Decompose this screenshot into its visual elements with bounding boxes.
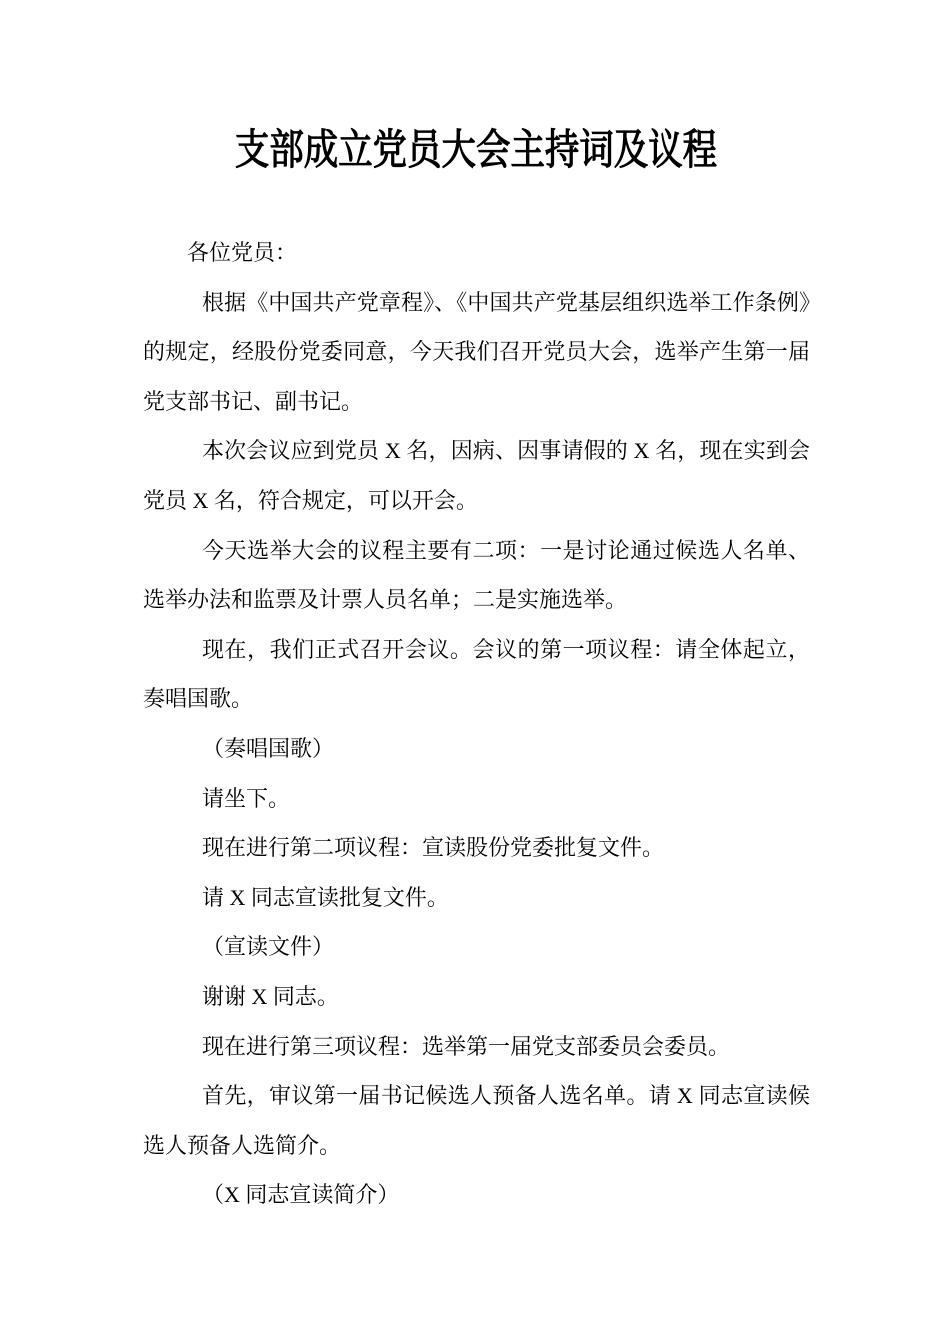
body-paragraph-agenda-item-3: 现在进行第三项议程：选举第一届党支部委员会委员。 bbox=[143, 1022, 810, 1072]
stage-direction-anthem: （奏唱国歌） bbox=[143, 724, 810, 774]
salutation-paragraph: 各位党员： bbox=[143, 228, 810, 278]
body-paragraph-thanks: 谢谢 X 同志。 bbox=[143, 972, 810, 1022]
document-title: 支部成立党员大会主持词及议程 bbox=[143, 0, 810, 176]
body-paragraph-attendance: 本次会议应到党员 X 名，因病、因事请假的 X 名，现在实到会党员 X 名，符合… bbox=[143, 426, 810, 525]
body-paragraph-agenda-item-2: 现在进行第二项议程：宣读股份党委批复文件。 bbox=[143, 823, 810, 873]
document-title-text: 支部成立党员大会主持词及议程 bbox=[235, 127, 717, 173]
body-paragraph-basis: 根据《中国共产党章程》、《中国共产党基层组织选举工作条例》的规定，经股份党委同意… bbox=[143, 278, 810, 427]
document-body: 各位党员： 根据《中国共产党章程》、《中国共产党基层组织选举工作条例》的规定，经… bbox=[143, 228, 810, 1220]
body-paragraph-agenda-item-1: 现在，我们正式召开会议。会议的第一项议程：请全体起立，奏唱国歌。 bbox=[143, 625, 810, 724]
body-paragraph-read-approval: 请 X 同志宣读批复文件。 bbox=[143, 873, 810, 923]
stage-direction-read-intro: （X 同志宣读简介） bbox=[143, 1170, 810, 1220]
body-paragraph-agenda-overview: 今天选举大会的议程主要有二项：一是讨论通过候选人名单、选举办法和监票及计票人员名… bbox=[143, 526, 810, 625]
body-paragraph-sit-down: 请坐下。 bbox=[143, 774, 810, 824]
stage-direction-read-document: （宣读文件） bbox=[143, 922, 810, 972]
body-paragraph-candidate-review: 首先，审议第一届书记候选人预备人选名单。请 X 同志宣读候选人预备人选简介。 bbox=[143, 1071, 810, 1170]
document-page: 支部成立党员大会主持词及议程 各位党员： 根据《中国共产党章程》、《中国共产党基… bbox=[0, 0, 950, 1344]
